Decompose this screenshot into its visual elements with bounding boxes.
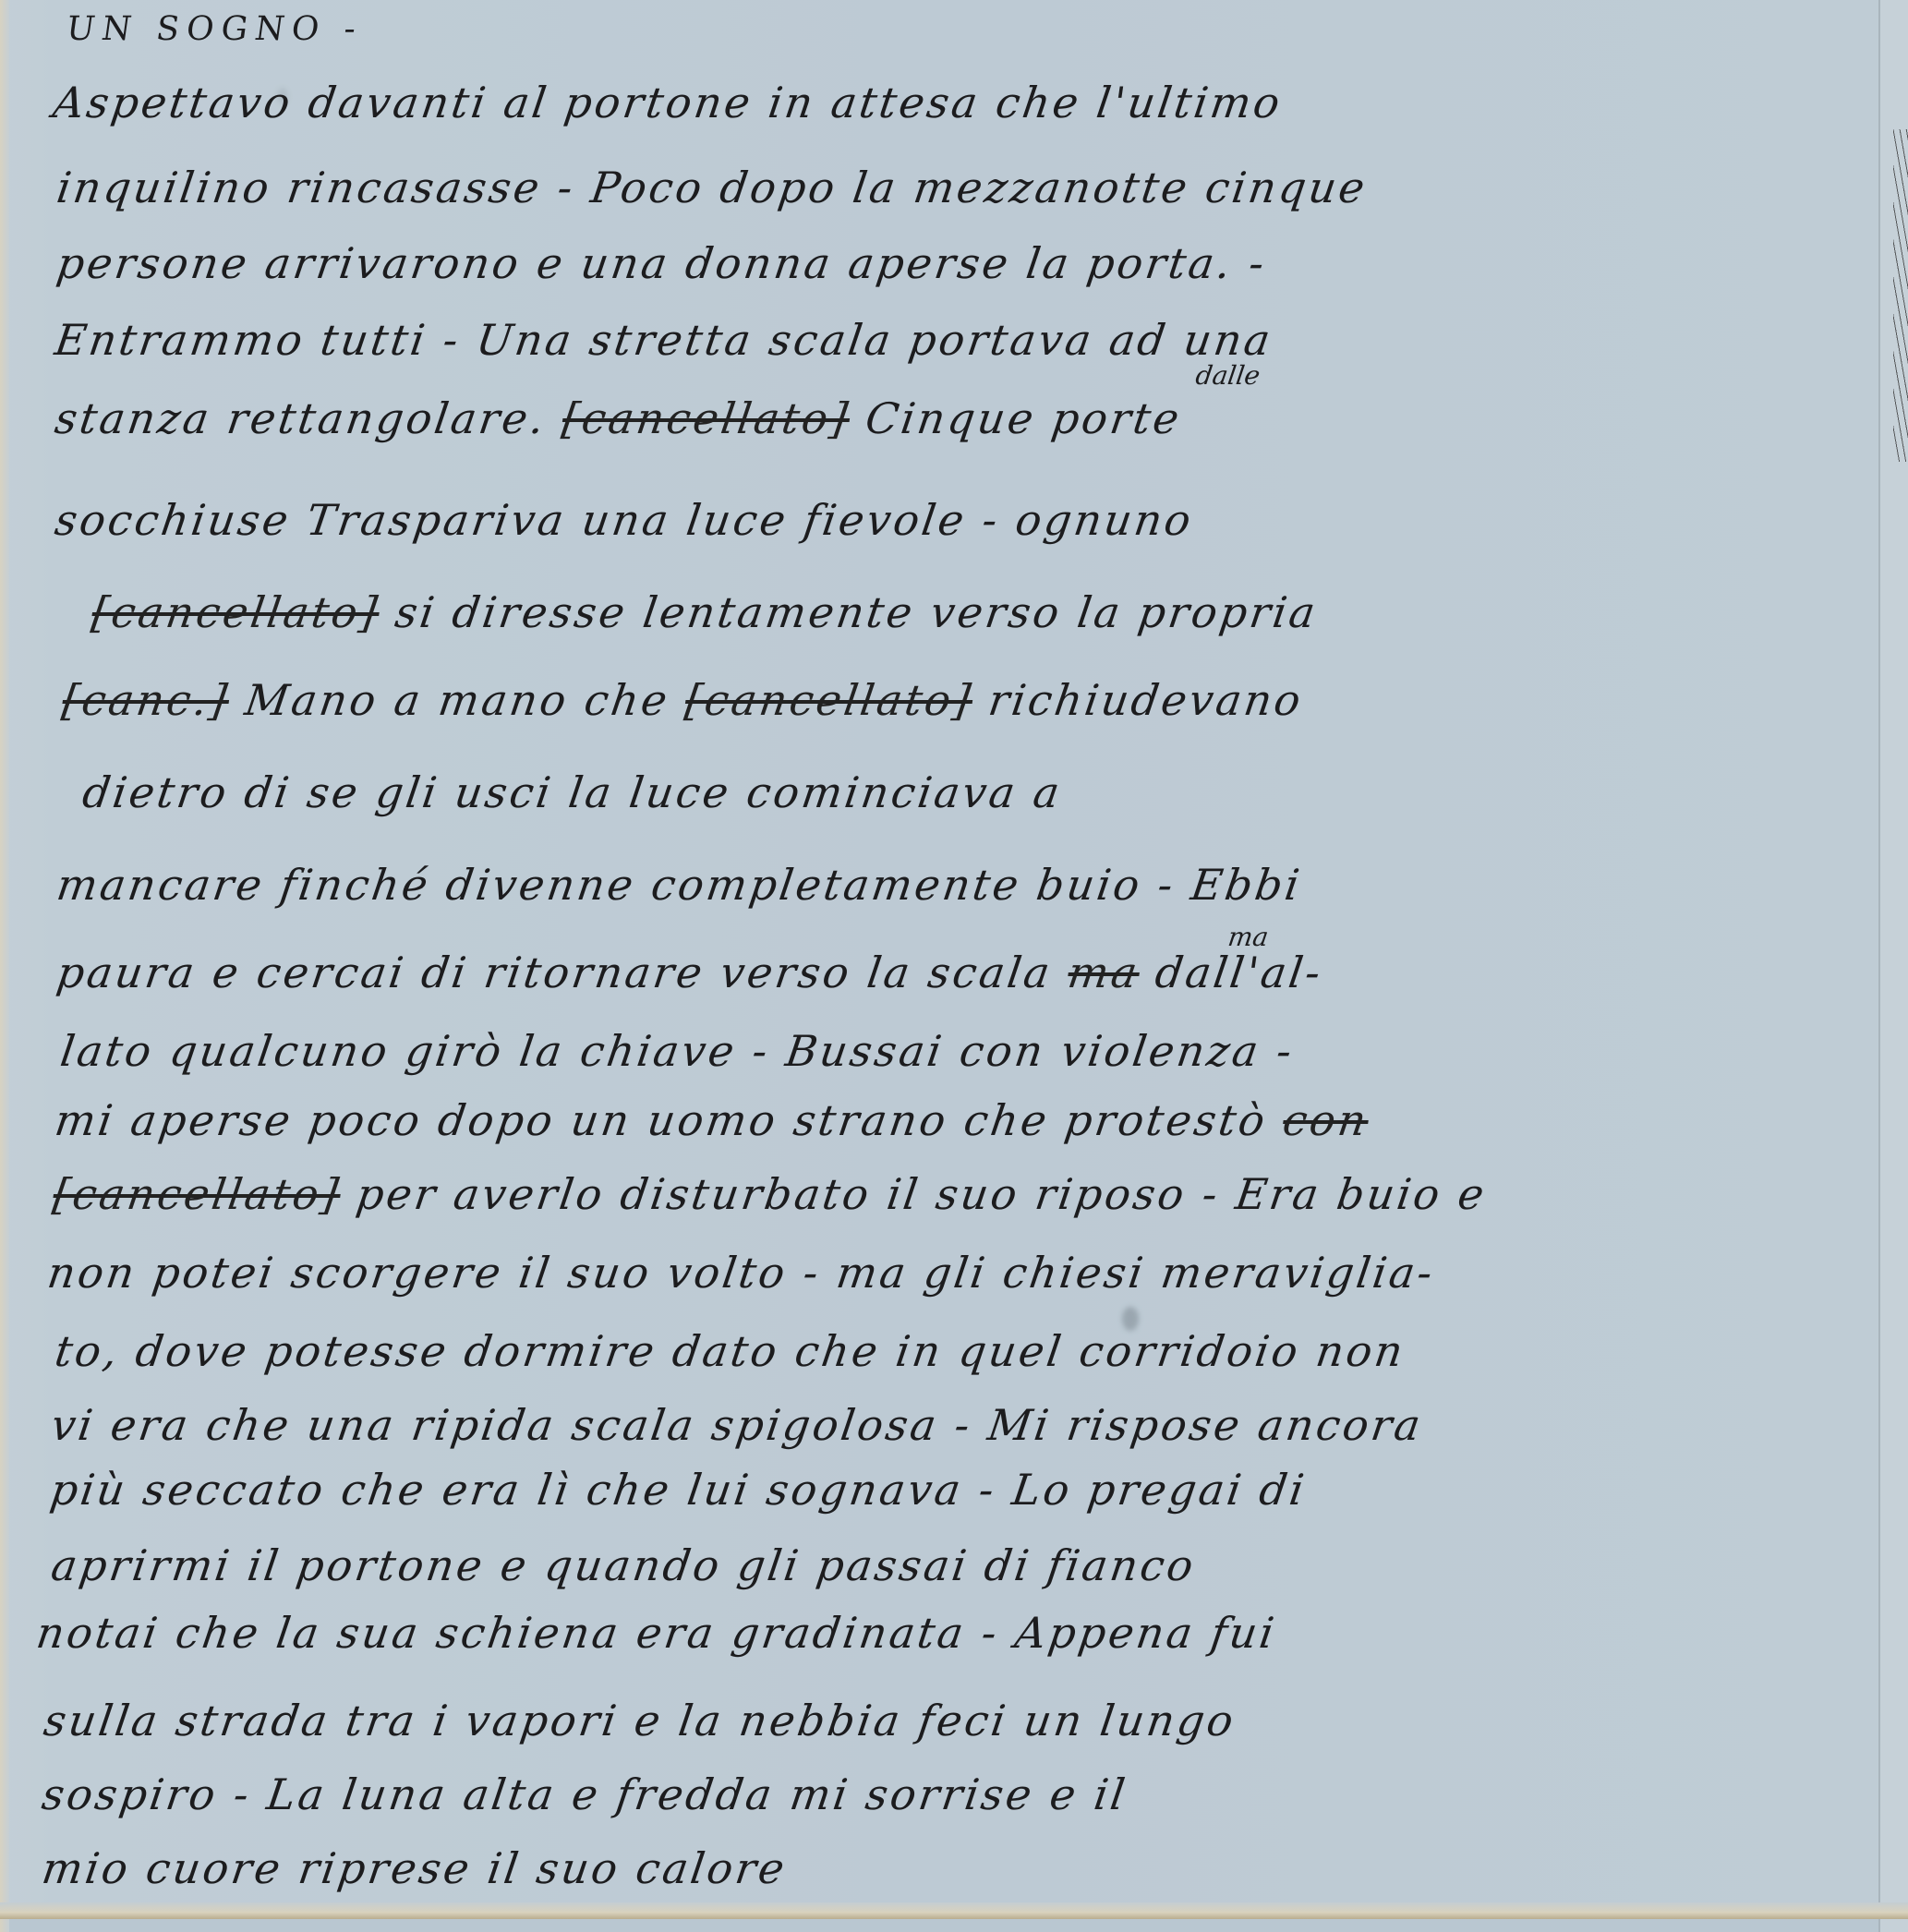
manuscript-line: notai che la sua schiena era gradinata -… — [34, 1612, 1279, 1654]
struck-text: [cancellato] — [560, 393, 853, 443]
struck-text: [canc.] — [59, 675, 233, 725]
manuscript-line: persone arrivarono e una donna aperse la… — [54, 242, 1270, 284]
manuscript-line: vi era che una ripida scala spigolosa - … — [49, 1404, 1426, 1446]
struck-text: con — [1280, 1095, 1372, 1145]
manuscript-line: Entrammo tutti - Una stretta scala porta… — [53, 319, 1275, 361]
manuscript-line: lato qualcuno girò la chiave - Bussai co… — [58, 1030, 1298, 1072]
line-text: dall'al- — [1153, 948, 1326, 997]
line-text: richiudevano — [985, 675, 1306, 725]
inserted-word: dalle — [1194, 360, 1262, 391]
manuscript-line: [cancellato] si diresse lentamente verso… — [90, 591, 1321, 634]
manuscript-line: mi aperse poco dopo un uomo strano che p… — [53, 1099, 1371, 1141]
line-text: stanza rettangolare. — [52, 393, 549, 443]
struck-text: ma — [1065, 948, 1143, 997]
manuscript-line: [canc.] Mano a mano che [cancellato] ric… — [60, 679, 1306, 721]
manuscript-page: UN SOGNO - Aspettavo davanti al portone … — [0, 0, 1880, 1919]
manuscript-line: to, dove potesse dormire dato che in que… — [53, 1330, 1408, 1372]
manuscript-line: mio cuore riprese il suo calore — [40, 1847, 790, 1890]
manuscript-line: sulla strada tra i vapori e la nebbia fe… — [42, 1699, 1238, 1742]
line-text: paura e cercai di ritornare verso la sca… — [54, 948, 1056, 997]
manuscript-line: socchiuse Traspariva una luce fievole - … — [53, 499, 1196, 541]
manuscript-line: più seccato che era lì che lui sognava -… — [48, 1468, 1310, 1511]
manuscript-line: non potei scorgere il suo volto - ma gli… — [45, 1251, 1438, 1294]
manuscript-line: Aspettavo davanti al portone in attesa c… — [51, 81, 1286, 124]
struck-text: [cancellato] — [50, 1169, 344, 1219]
struck-text: [cancellato] — [682, 675, 976, 725]
page-bottom-edge — [0, 1902, 1908, 1919]
manuscript-line: stanza rettangolare. [cancellato] Cinque… — [53, 397, 1185, 440]
page-left-edge — [0, 0, 9, 1932]
manuscript-line: [cancellato] per averlo disturbato il su… — [51, 1173, 1490, 1215]
line-text: per averlo disturbato il suo riposo - Er… — [354, 1169, 1491, 1219]
line-text: Cinque porte — [863, 393, 1185, 443]
manuscript-line: mancare finché divenne completamente bui… — [54, 863, 1305, 906]
manuscript-line: paura e cercai di ritornare verso la sca… — [54, 951, 1326, 994]
manuscript-line: aprirmi il portone e quando gli passai d… — [49, 1544, 1199, 1587]
line-text: si diresse lentamente verso la propria — [392, 587, 1322, 637]
document-title: UN SOGNO - — [64, 13, 365, 46]
manuscript-line: inquilino rincasasse - Poco dopo la mezz… — [54, 166, 1371, 209]
line-text: Mano a mano che — [242, 675, 673, 725]
manuscript-line: sospiro - La luna alta e fredda mi sorri… — [40, 1773, 1130, 1816]
manuscript-line: dietro di se gli usci la luce cominciava… — [80, 771, 1065, 814]
adjacent-page-hatching — [1893, 129, 1908, 462]
struck-text: [cancellato] — [89, 587, 382, 637]
line-text: mi aperse poco dopo un uomo strano che p… — [52, 1095, 1271, 1145]
